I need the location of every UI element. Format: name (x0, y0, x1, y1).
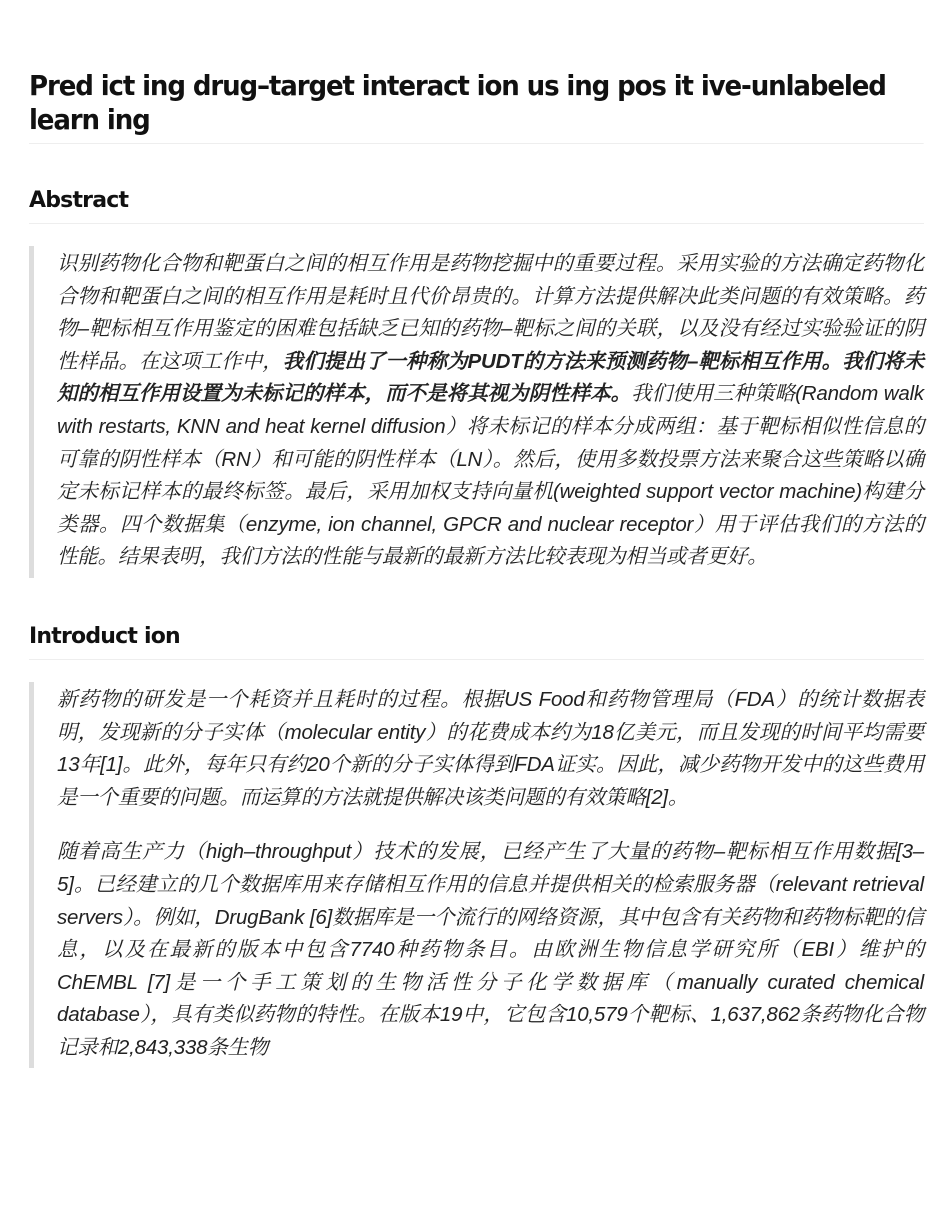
abstract-text-part2: 我们使用三种策略(Random walk with restarts, KNN … (57, 382, 924, 568)
abstract-paragraph: 识别药物化合物和靶蛋白之间的相互作用是药物挖掘中的重要过程。采用实验的方法确定药… (57, 248, 924, 574)
introduction-blockquote: 新药物的研发是一个耗资并且耗时的过程。根据US Food和药物管理局（FDA）的… (29, 682, 924, 1069)
abstract-heading: Abstract (29, 186, 924, 224)
introduction-paragraph-2: 随着高生产力（high–throughput）技术的发展，已经产生了大量的药物–… (57, 836, 924, 1064)
document-page: Pred ict ing drug–target interact ion us… (0, 0, 952, 1068)
paper-title: Pred ict ing drug–target interact ion us… (29, 0, 924, 144)
abstract-section: Abstract 识别药物化合物和靶蛋白之间的相互作用是药物挖掘中的重要过程。采… (29, 186, 924, 578)
introduction-heading: Introduct ion (29, 622, 924, 660)
introduction-paragraph-1: 新药物的研发是一个耗资并且耗时的过程。根据US Food和药物管理局（FDA）的… (57, 684, 924, 814)
introduction-section: Introduct ion 新药物的研发是一个耗资并且耗时的过程。根据US Fo… (29, 622, 924, 1069)
abstract-blockquote: 识别药物化合物和靶蛋白之间的相互作用是药物挖掘中的重要过程。采用实验的方法确定药… (29, 246, 924, 578)
